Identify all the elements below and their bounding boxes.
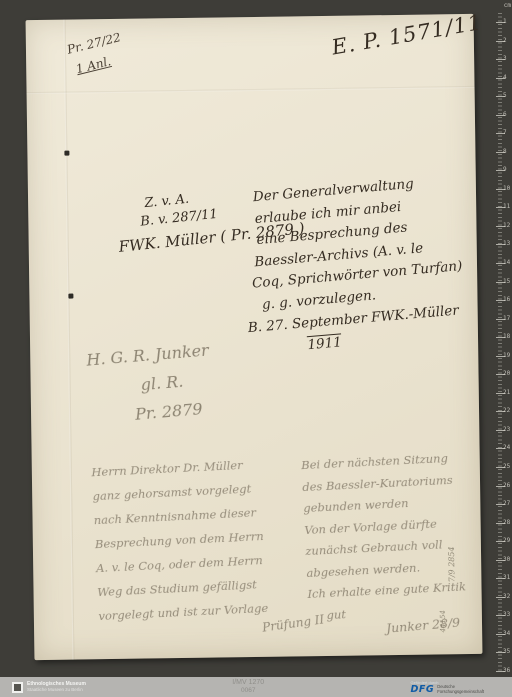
corner-annotation: Pr. 27/22 1 Anl.: [66, 30, 127, 77]
ruler-cm-number: 3: [503, 56, 512, 62]
ruler-cm-number: 7: [503, 130, 512, 136]
pencil-paragraph-right: Bei der nächsten Sitzungdes Baessler-Kur…: [301, 447, 468, 627]
inventory-label: I/MV 1270 0067: [232, 679, 264, 696]
ruler-cm-number: 14: [503, 260, 512, 266]
handwriting-line: Pr. 2879: [134, 393, 215, 428]
ruler-cm-number: 6: [503, 112, 512, 118]
ruler-cm-number: 27: [503, 501, 512, 507]
ruler-cm-number: 4: [503, 75, 512, 81]
ruler-cm-number: 28: [503, 520, 512, 526]
ruler-cm-number: 29: [503, 538, 512, 544]
ruler-cm-number: 10: [503, 186, 512, 192]
ruler-cm-number: 25: [503, 464, 512, 470]
ruler-cm-number: 32: [503, 594, 512, 600]
paper-fold-vertical: [64, 20, 75, 660]
ruler-cm-number: 5: [503, 93, 512, 99]
ruler-cm-number: 9: [503, 167, 512, 173]
dfg-full-name: Deutsche Forschungsgemeinschaft: [437, 685, 484, 695]
ruler: cm 1234567891011121314151617181920212223…: [490, 0, 512, 677]
punch-hole: [68, 294, 73, 299]
ruler-cm-number: 18: [503, 334, 512, 340]
dfg-wordmark: DFG: [411, 685, 435, 694]
ruler-cm-number: 16: [503, 297, 512, 303]
ruler-cm-number: 26: [503, 483, 512, 489]
ruler-cm-number: 35: [503, 649, 512, 655]
ruler-cm-number: 36: [503, 668, 512, 674]
registry-number-handwriting: E. P. 1571/11: [330, 10, 484, 60]
ruler-cm-number: 11: [503, 204, 512, 210]
ruler-cm-number: 20: [503, 371, 512, 377]
punch-hole: [64, 151, 69, 156]
digitization-footer-bar: Ethnologisches Museum Staatliche Museen …: [0, 677, 512, 697]
paper-fold-horizontal: [27, 86, 475, 94]
ruler-cm-number: 33: [503, 612, 512, 618]
handwriting-line: 1 Anl.: [75, 51, 128, 77]
ruler-cm-number: 12: [503, 223, 512, 229]
margin-note-vertical: 7/9 2854: [447, 546, 456, 582]
pencil-address-block: H. G. R. Junkergl. R.Pr. 2879: [85, 335, 214, 432]
dfg-name-line: Forschungsgemeinschaft: [437, 690, 484, 695]
ruler-cm-number: 21: [503, 390, 512, 396]
ruler-cm-number: 24: [503, 445, 512, 451]
museum-logo-text: Ethnologisches Museum Staatliche Museen …: [27, 682, 86, 693]
ruler-cm-number: 22: [503, 408, 512, 414]
museum-logo-icon: [12, 682, 23, 693]
ruler-cm-number: 23: [503, 427, 512, 433]
dfg-logo: Gefördert durch DFG Deutsche Forschungsg…: [411, 680, 484, 695]
ruler-cm-number: 34: [503, 631, 512, 637]
ruler-cm-number: 8: [503, 149, 512, 155]
museum-logo: Ethnologisches Museum Staatliche Museen …: [12, 682, 86, 693]
ruler-cm-number: 19: [503, 353, 512, 359]
ruler-minor-ticks: [498, 13, 502, 671]
museum-institution: Staatliche Museen zu Berlin: [27, 687, 86, 693]
pencil-paragraph-left: Herrn Direktor Dr. Müllerganz gehorsamst…: [91, 452, 269, 628]
ink-note-paragraph: Der Generalverwaltungerlaube ich mir anb…: [252, 170, 469, 359]
margin-note-vertical: 44154: [439, 610, 447, 632]
document-page: E. P. 1571/11 Pr. 27/22 1 Anl. Z. v. A.B…: [26, 14, 483, 660]
scan-viewer: E. P. 1571/11 Pr. 27/22 1 Anl. Z. v. A.B…: [0, 0, 512, 697]
dfg-logo-row: DFG Deutsche Forschungsgemeinschaft: [411, 685, 484, 695]
ruler-cm-number: 17: [503, 316, 512, 322]
ruler-cm-number: 15: [503, 279, 512, 285]
ruler-cm-number: 1: [503, 19, 512, 25]
inventory-number: I/MV 1270: [232, 679, 264, 688]
scan-page-number: 0067: [232, 687, 264, 696]
ruler-cm-number: 2: [503, 38, 512, 44]
pencil-check-note: Prüfung II: [261, 612, 325, 634]
ruler-cm-number: 13: [503, 241, 512, 247]
ruler-cm-number: 31: [503, 575, 512, 581]
ruler-unit-label: cm: [504, 2, 511, 9]
ruler-cm-number: 30: [503, 557, 512, 563]
